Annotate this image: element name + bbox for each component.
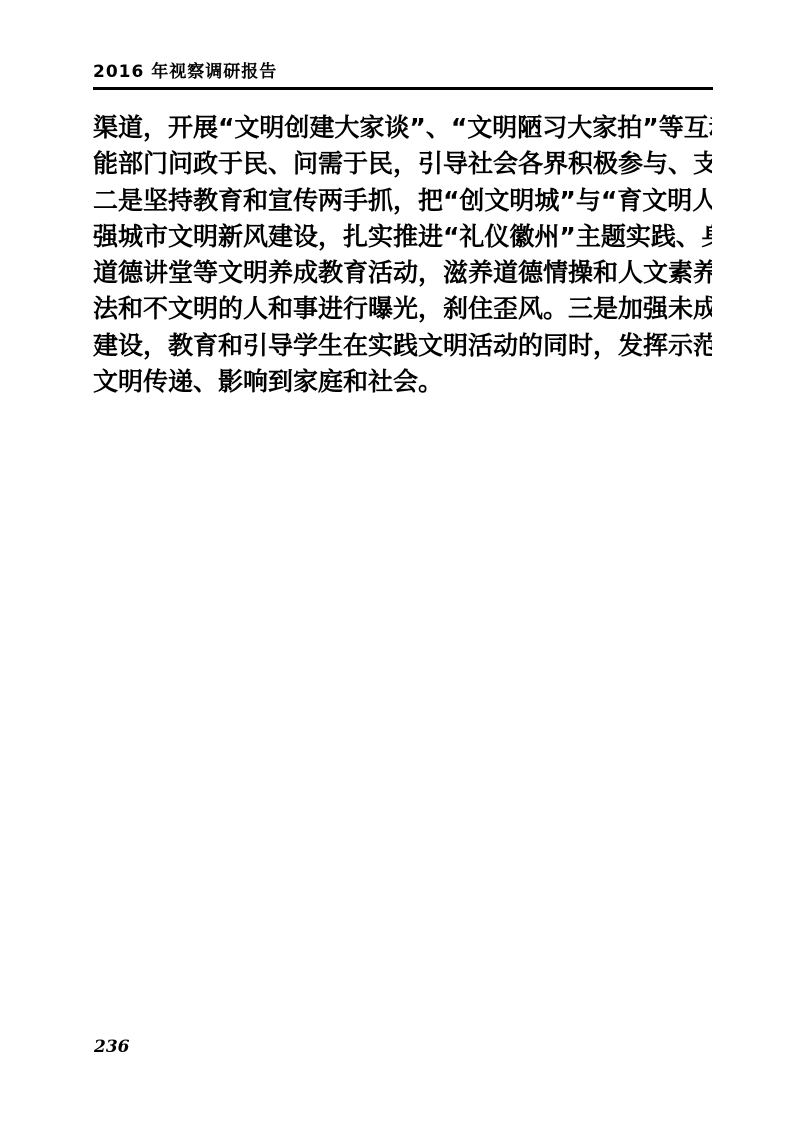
body-line: 文明传递、影响到家庭和社会。 (93, 364, 712, 400)
body-line: 法和不文明的人和事进行曝光，刹住歪风。三是加强未成年人思想道德 (93, 291, 712, 327)
header-rule (93, 87, 713, 90)
body-line: 能部门问政于民、问需于民，引导社会各界积极参与、支持创建活动。 (93, 146, 712, 182)
body-line: 二是坚持教育和宣传两手抓，把“创文明城”与“育文明人”结合起来，加 (93, 183, 712, 219)
header-title: 2016 年视察调研报告 (93, 60, 713, 84)
body-line: 道德讲堂等文明养成教育活动，滋养道德情操和人文素养。同时，对违 (93, 255, 712, 291)
body-line: 建设，教育和引导学生在实践文明活动的同时，发挥示范劝导作用，让 (93, 328, 712, 364)
body-paragraph: 渠道，开展“文明创建大家谈”、“文明陋习大家拍”等互动宣传，推动职 能部门问政于… (93, 110, 712, 400)
page-header: 2016 年视察调研报告 (93, 60, 713, 84)
document-page: 2016 年视察调研报告 渠道，开展“文明创建大家谈”、“文明陋习大家拍”等互动… (0, 0, 803, 1133)
body-line: 渠道，开展“文明创建大家谈”、“文明陋习大家拍”等互动宣传，推动职 (93, 110, 712, 146)
body-line: 强城市文明新风建设，扎实推进“礼仪徽州”主题实践、身边好人推选、 (93, 219, 712, 255)
page-number: 236 (94, 1037, 130, 1057)
